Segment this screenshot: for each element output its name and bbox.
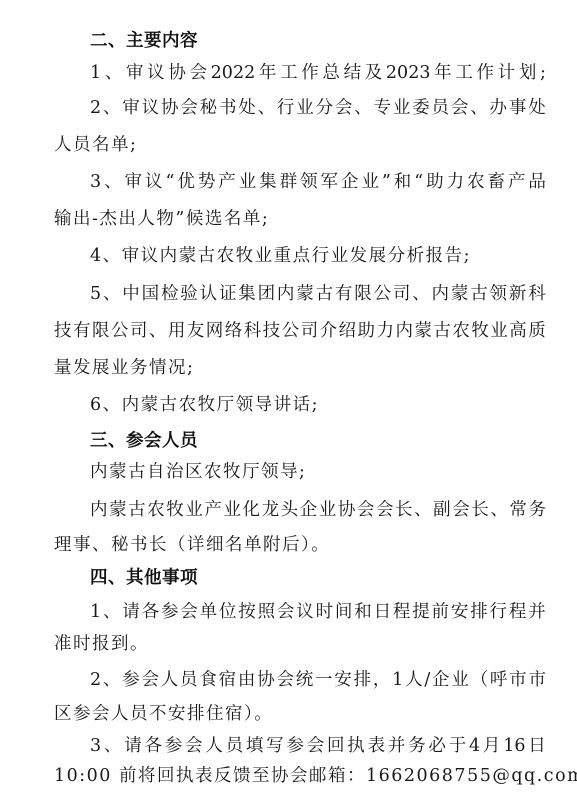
section-heading: 四、其他事项 [90,566,198,590]
line: 理事、秘书长（详细名单附后）。 [54,533,330,557]
line: 量发展业务情况; [54,356,194,380]
line: 内蒙古农牧业产业化龙头企业协会会长、副会长、常务 [90,498,546,522]
line: 输出-杰出人物”候选名单; [54,207,269,231]
section-heading: 三、参会人员 [90,429,198,453]
line: 人员名单; [54,133,137,157]
line: 5、中国检验认证集团内蒙古有限公司、内蒙古领新科 [90,282,546,306]
line: 2、参会人员食宿由协会统一安排，1人/企业（呼市市 [90,668,546,692]
line: 准时报到。 [54,632,149,656]
line: 2、审议协会秘书处、行业分会、专业委员会、办事处 [90,96,546,120]
line: 技有限公司、用友网络科技公司介绍助力内蒙古农牧业高质 [54,319,546,343]
line: 内蒙古自治区农牧厅领导; [90,460,306,484]
line: 6、内蒙古农牧厅领导讲话; [90,393,319,417]
line: 1、请各参会单位按照会议时间和日程提前安排行程并 [90,600,546,624]
document-page: 二、主要内容 1、审议协会2022年工作总结及2023年工作计划; 2、审议协会… [0,0,577,799]
line: 10:00 前将回执表反馈至协会邮箱：1662068755@qq.com。 [54,764,577,788]
line: 1、审议协会2022年工作总结及2023年工作计划; [90,61,546,85]
line: 区参会人员不安排住宿）。 [54,702,273,726]
line: 二、主要内容 [90,29,198,53]
line: 4、审议内蒙古农牧业重点行业发展分析报告; [90,244,471,268]
line: 3、审议“优势产业集群领军企业”和“助力农畜产品 [90,170,546,194]
line: 3、请各参会人员填写参会回执表并务必于4月16日 [90,734,546,758]
